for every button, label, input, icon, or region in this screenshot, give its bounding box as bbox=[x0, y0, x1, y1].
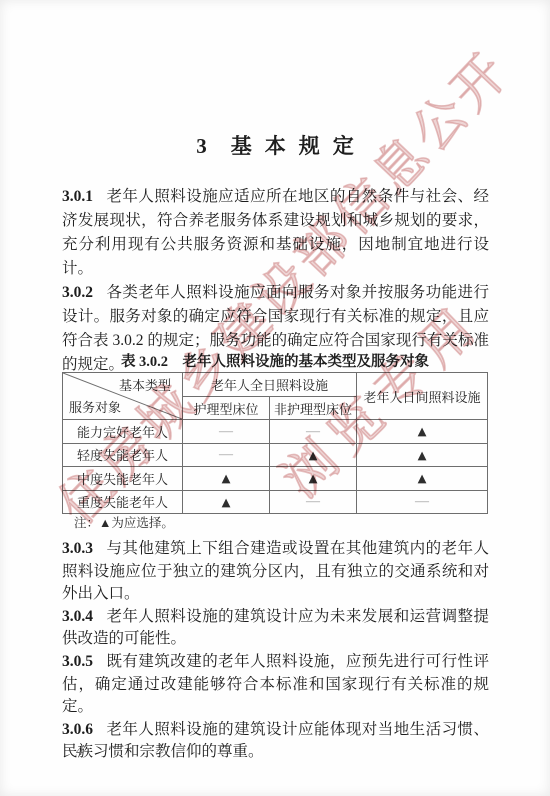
table-note: 注：▲为应选择。 bbox=[74, 513, 174, 531]
clause-number: 3.0.2 bbox=[62, 284, 106, 301]
chapter-number: 3 bbox=[196, 134, 207, 158]
corner-label-type: 基本类型 bbox=[119, 375, 171, 394]
cell-mark: ▲ bbox=[309, 471, 318, 485]
clause-3-0-4: 3.0.4老年人照料设施的建筑设计应为未来发展和运营调整提供改造的可能性。 bbox=[62, 606, 489, 651]
row-label: 中度失能老年人 bbox=[63, 467, 183, 491]
table-3-0-2: 基本类型 服务对象 老年人全日照料设施 老年人日间照料设施 护理型床位 非护理型… bbox=[62, 372, 488, 514]
clause-number: 3.0.6 bbox=[62, 721, 106, 738]
row-label: 能力完好老年人 bbox=[63, 420, 183, 444]
table-row: 重度失能老年人 ▲ — — bbox=[63, 490, 488, 514]
clause-3-0-3: 3.0.3与其他建筑上下组合建造或设置在其他建筑内的老年人照料设施应位于独立的建… bbox=[62, 538, 489, 606]
chapter-title: 3基本规定 bbox=[0, 131, 550, 161]
cell-mark: — bbox=[306, 494, 320, 509]
clauses-lower-block: 3.0.3与其他建筑上下组合建造或设置在其他建筑内的老年人照料设施应位于独立的建… bbox=[62, 538, 489, 764]
clause-text: 老年人照料设施的建筑设计应能体现对当地生活习惯、民族习惯和宗教信仰的尊重。 bbox=[62, 721, 489, 761]
corner-header-cell: 基本类型 服务对象 bbox=[63, 373, 183, 420]
row-label: 轻度失能老年人 bbox=[63, 443, 183, 467]
clause-3-0-6: 3.0.6老年人照料设施的建筑设计应能体现对当地生活习惯、民族习惯和宗教信仰的尊… bbox=[62, 719, 489, 764]
row-label: 重度失能老年人 bbox=[63, 490, 183, 514]
clause-number: 3.0.3 bbox=[62, 540, 106, 557]
clause-number: 3.0.5 bbox=[62, 653, 106, 670]
document-page: 3基本规定 3.0.1老年人照料设施应适应所在地区的自然条件与社会、经济发展现状… bbox=[0, 0, 550, 796]
group-header-fulltime: 老年人全日照料设施 bbox=[183, 373, 357, 397]
cell-mark: ▲ bbox=[418, 471, 427, 485]
clause-number: 3.0.1 bbox=[62, 188, 106, 205]
header-daycare: 老年人日间照料设施 bbox=[357, 373, 488, 420]
clause-text: 老年人照料设施的建筑设计应为未来发展和运营调整提供改造的可能性。 bbox=[62, 608, 489, 648]
page-number: 4 bbox=[76, 743, 84, 760]
header-nursing-bed: 护理型床位 bbox=[183, 397, 270, 420]
clause-text: 与其他建筑上下组合建造或设置在其他建筑内的老年人照料设施应位于独立的建筑分区内，… bbox=[62, 540, 489, 602]
table-row: 轻度失能老年人 — ▲ ▲ bbox=[63, 443, 488, 467]
clause-text: 老年人照料设施应适应所在地区的自然条件与社会、经济发展现状，符合养老服务体系建设… bbox=[62, 188, 489, 277]
table-title: 表 3.0.2 老年人照料设施的基本类型及服务对象 bbox=[0, 350, 550, 371]
cell-mark: ▲ bbox=[418, 424, 427, 438]
clauses-upper-block: 3.0.1老年人照料设施应适应所在地区的自然条件与社会、经济发展现状，符合养老服… bbox=[62, 185, 489, 377]
cell-mark: — bbox=[219, 424, 233, 439]
table-row: 能力完好老年人 — — ▲ bbox=[63, 420, 488, 444]
header-non-nursing-bed: 非护理型床位 bbox=[270, 397, 357, 420]
chapter-name: 基本规定 bbox=[231, 134, 367, 158]
clause-text: 既有建筑改建的老年人照料设施，应预先进行可行性评估，确定通过改建能够符合本标准和… bbox=[62, 653, 489, 715]
clause-number: 3.0.4 bbox=[62, 608, 106, 625]
clause-3-0-5: 3.0.5既有建筑改建的老年人照料设施，应预先进行可行性评估，确定通过改建能够符… bbox=[62, 651, 489, 719]
cell-mark: ▲ bbox=[222, 471, 231, 485]
table-row: 中度失能老年人 ▲ ▲ ▲ bbox=[63, 467, 488, 491]
cell-mark: ▲ bbox=[309, 448, 318, 462]
clause-3-0-1: 3.0.1老年人照料设施应适应所在地区的自然条件与社会、经济发展现状，符合养老服… bbox=[62, 185, 489, 281]
cell-mark: — bbox=[219, 447, 233, 462]
cell-mark: — bbox=[306, 424, 320, 439]
corner-label-target: 服务对象 bbox=[69, 397, 121, 416]
cell-mark: ▲ bbox=[222, 495, 231, 509]
cell-mark: ▲ bbox=[418, 448, 427, 462]
cell-mark: — bbox=[415, 494, 429, 509]
